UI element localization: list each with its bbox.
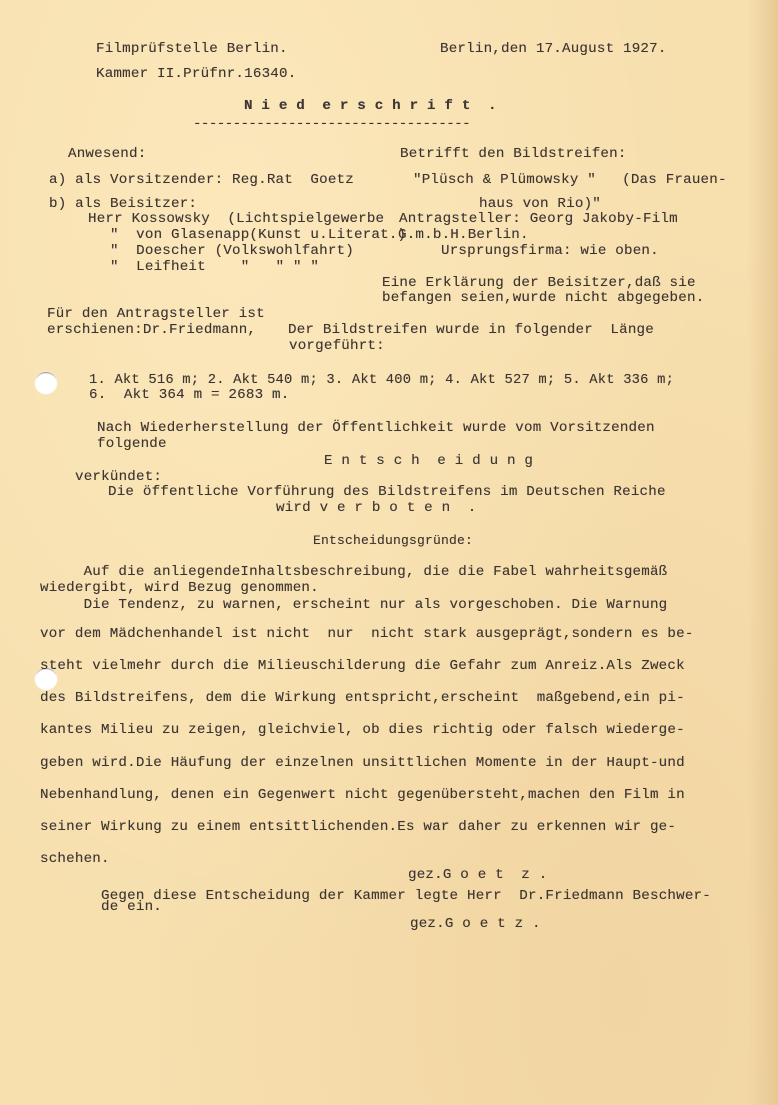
chair-line: a) als Vorsitzender: Reg.Rat Goetz [49, 173, 354, 188]
applicant-cont: G.m.b.H.Berlin. [398, 228, 529, 243]
decision-text: Die öffentliche Vorführung des Bildstrei… [108, 485, 666, 500]
reasons-line: kantes Milieu zu zeigen, gleichviel, ob … [40, 723, 685, 738]
representative-line: erschienen:Dr.Friedmann, [47, 323, 256, 338]
declaration-line: Eine Erklärung der Beisitzer,daß sie [382, 276, 696, 291]
punch-hole [35, 372, 57, 394]
place-date: Berlin,den 17.August 1927. [440, 42, 667, 57]
reasons-line: steht vielmehr durch die Milieuschilderu… [40, 659, 685, 674]
document-title: N i e d e r s c h r i f t . [244, 99, 497, 114]
reasons-line: des Bildstreifens, dem die Wirkung entsp… [40, 691, 685, 706]
reasons-line: seiner Wirkung zu einem entsittlichenden… [40, 820, 676, 835]
screening-line: vorgeführt: [289, 339, 385, 354]
origin-company: Ursprungsfirma: wie oben. [441, 244, 659, 259]
reasons-line: schehen. [40, 852, 110, 867]
reasons-line: vor dem Mädchenhandel ist nicht nur nich… [40, 627, 694, 642]
appeal-line: de ein. [101, 900, 162, 915]
concerns-label: Betrifft den Bildstreifen: [400, 147, 627, 162]
reasons-line: Die Tendenz, zu warnen, erscheint nur al… [40, 598, 667, 613]
reasons-line: geben wird.Die Häufung der einzelnen uns… [40, 756, 685, 771]
announced-label: verkündet: [75, 470, 162, 485]
attendance-heading: Anwesend: [68, 147, 146, 162]
decision-text: wird v e r b o t e n . [276, 501, 476, 516]
declaration-line: befangen seien,wurde nicht abgegeben. [382, 291, 704, 306]
signature: gez.G o e t z . [410, 917, 541, 932]
reasons-line: Nebenhandlung, denen ein Gegenwert nicht… [40, 788, 685, 803]
assessors-label: b) als Beisitzer: [49, 197, 197, 212]
document-page: Filmprüfstelle Berlin. Berlin,den 17.Aug… [0, 0, 778, 1105]
assessor-line: " von Glasenapp(Kunst u.Literat.) [110, 228, 406, 243]
acts-lengths: 1. Akt 516 m; 2. Akt 540 m; 3. Akt 400 m… [89, 373, 674, 388]
assessor-line: Herr Kossowsky (Lichtspielgewerbe [88, 212, 384, 227]
film-title-cont: haus von Rio)" [479, 197, 601, 212]
decision-intro: folgende [97, 437, 167, 452]
reasons-line: Auf die anliegendeInhaltsbeschreibung, d… [40, 565, 667, 580]
screening-line: Der Bildstreifen wurde in folgender Läng… [288, 323, 654, 338]
decision-heading: E n t s c h e i d u n g [324, 454, 533, 469]
acts-total: 6. Akt 364 m = 2683 m. [89, 388, 289, 403]
decision-intro: Nach Wiederherstellung der Öffentlichkei… [97, 421, 655, 436]
applicant: Antragsteller: Georg Jakoby-Film [399, 212, 678, 227]
film-title: "Plüsch & Plümowsky " (Das Frauen- [413, 173, 727, 188]
reasons-heading: Entscheidungsgründe: [313, 533, 473, 548]
appeal-line: Gegen diese Entscheidung der Kammer legt… [101, 889, 711, 904]
assessor-line: " Doescher (Volkswohlfahrt) [110, 244, 354, 259]
office-name: Filmprüfstelle Berlin. [96, 42, 288, 57]
representative-line: Für den Antragsteller ist [47, 307, 265, 322]
signature: gez.G o e t z . [408, 868, 547, 883]
title-underline: ----------------------------------- [193, 117, 470, 132]
reasons-line: wiedergibt, wird Bezug genommen. [40, 581, 319, 596]
assessor-line: " Leifheit " " " " [110, 260, 319, 275]
chamber-reference: Kammer II.Prüfnr.16340. [96, 67, 296, 82]
